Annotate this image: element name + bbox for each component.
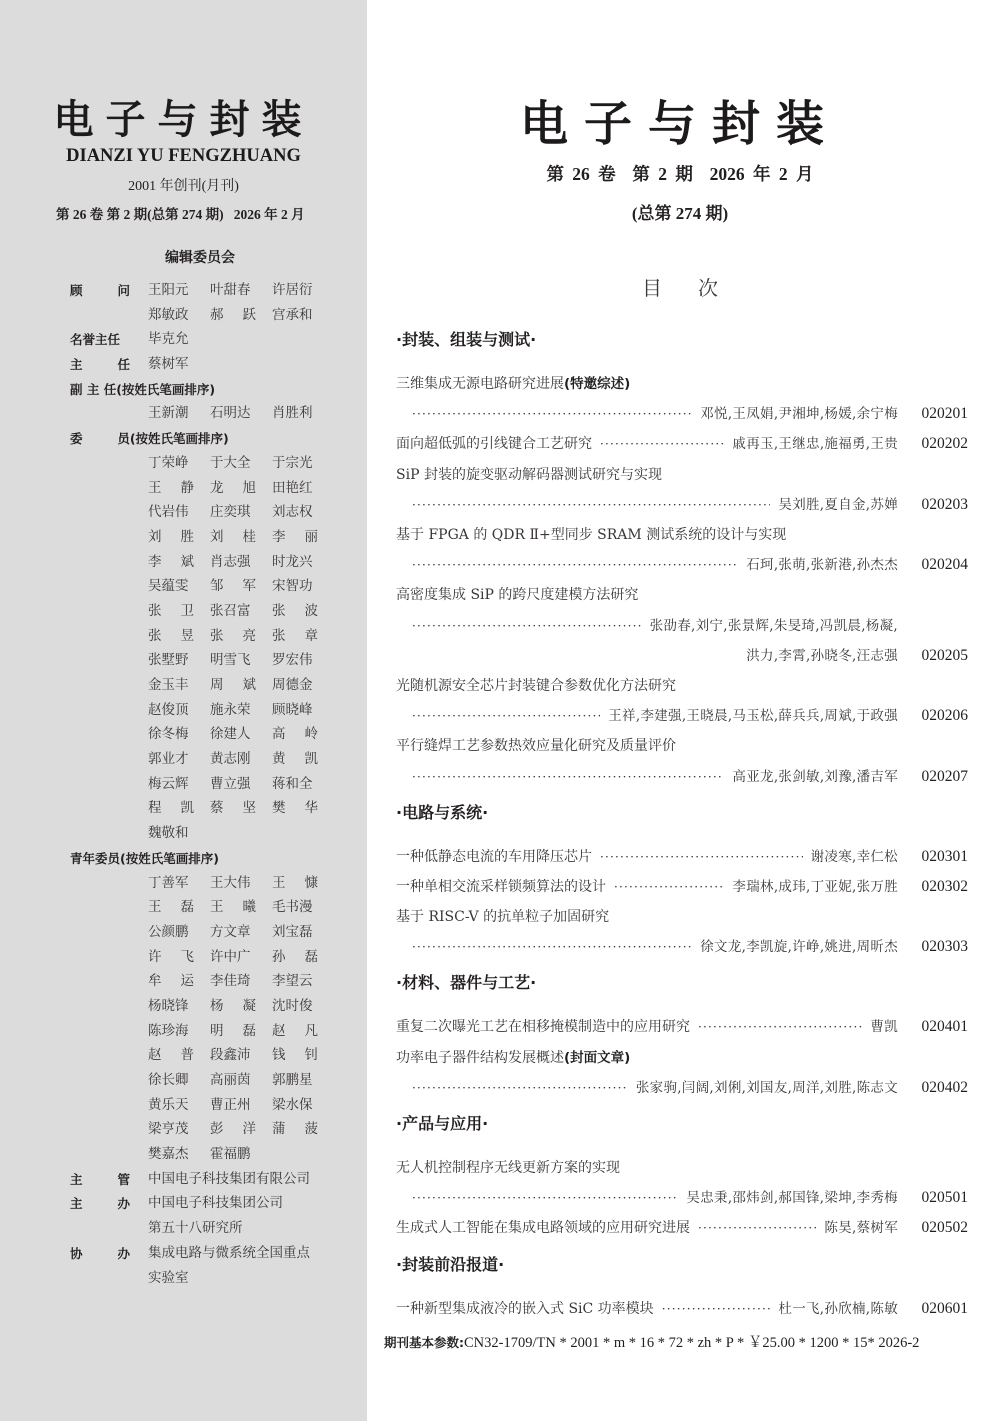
board-member-name: 李斌 [148,554,194,571]
board-member-name: 张亮 [210,628,256,645]
board-member-name: 许中广 [210,949,256,966]
board-member-name: 王静 [148,480,194,497]
board-row: 王磊王曦毛书漫 [70,899,360,924]
board-member-name: 张波 [272,603,318,620]
article-authors-line[interactable]: 王祥,李建强,王晓晨,马玉松,薛兵兵,周斌,于政强020206 [396,701,968,731]
role-char: 主 [70,1195,83,1212]
board-member-name: 段鑫沛 [210,1047,256,1064]
board-member-name: 蔡树军 [148,356,194,373]
article-entry[interactable]: 一种单相交流采样锁频算法的设计李瑞林,成玮,丁亚妮,张万胜020302 [396,872,968,902]
board-row: 王新潮石明达肖胜利 [70,405,360,430]
board-member-name: 于大全 [210,455,256,472]
section-spacer [396,1324,968,1330]
board-member-name: 曹立强 [210,776,256,793]
article-title[interactable]: 功率电子器件结构发展概述(封面文章) [396,1043,630,1073]
article-entry[interactable]: 一种低静态电流的车用降压芯片谢凌寒,幸仁松020301 [396,842,968,872]
board-member-name: 时龙兴 [272,554,318,571]
article-title-line[interactable]: SiP 封装的旋变驱动解码器测试研究与实现 [396,460,968,490]
article-title-line[interactable]: 光随机源安全芯片封装键合参数优化方法研究 [396,671,968,701]
board-names: 张昱张亮张章 [148,628,334,645]
article-page-code: 020201 [902,399,968,429]
article-title[interactable]: 平行缝焊工艺参数热效应量化研究及质量评价 [396,731,676,761]
article-authors-line[interactable]: 徐文龙,李凯旋,许峥,姚进,周昕杰020303 [396,932,968,962]
board-organization: 中国电子科技集团公司 [148,1195,283,1212]
board-member-name: 樊华 [272,800,318,817]
board-names: 陈珍海明磊赵凡 [148,1023,334,1040]
board-row: 程凯蔡坚樊华 [70,800,360,825]
board-names: 程凯蔡坚樊华 [148,800,334,817]
article-title[interactable]: 生成式人工智能在集成电路领域的应用研究进展 [396,1213,690,1243]
board-member-name: 施永荣 [210,702,256,719]
board-names: 赵俊顶施永荣顾晓峰 [148,702,334,719]
dot-leader [412,399,692,429]
board-member-name: 郝跃 [210,307,256,324]
article-page-code: 020303 [902,932,968,962]
board-member-name: 郭业才 [148,751,194,768]
board-row: 主管中国电子科技集团有限公司 [70,1171,360,1196]
article-authors-line[interactable]: 石珂,张萌,张新港,孙杰杰020204 [396,550,968,580]
board-names: 梁亨茂彭洋蒲菠 [148,1121,334,1138]
board-names: 张墅野明雪飞罗宏伟 [148,652,334,669]
board-organization: 中国电子科技集团有限公司 [148,1171,310,1188]
board-member-name: 樊嘉杰 [148,1146,194,1163]
article-title-line[interactable]: 三维集成无源电路研究进展(特邀综述) [396,369,968,399]
article-authors: 李瑞林,成玮,丁亚妮,张万胜 [732,872,898,902]
board-row: 主任蔡树军 [70,356,360,381]
section-heading: ·封装、组装与测试· [396,325,968,369]
board-member-name: 王大伟 [210,875,256,892]
article-title-line[interactable]: 基于 FPGA 的 QDR Ⅱ+型同步 SRAM 测试系统的设计与实现 [396,520,968,550]
board-member-name: 丁荣峥 [148,455,194,472]
board-member-name: 张昱 [148,628,194,645]
dot-leader [412,490,770,520]
board-row: 王静龙旭田艳红 [70,480,360,505]
board-row: 许飞许中广孙磊 [70,949,360,974]
board-row: 公颜鹏方文章刘宝磊 [70,924,360,949]
board-member-name: 肖胜利 [272,405,318,422]
board-names: 王磊王曦毛书漫 [148,899,334,916]
article-authors: 吴忠秉,邵炜剑,郝国锋,梁坤,李秀梅 [686,1183,898,1213]
article-title-line[interactable]: 基于 RISC-V 的抗单粒子加固研究 [396,902,968,932]
board-names: 李斌肖志强时龙兴 [148,554,334,571]
board-member-name: 赵俊顶 [148,702,194,719]
board-member-name: 罗宏伟 [272,652,318,669]
board-names: 徐长卿高丽茵郭鹏星 [148,1072,334,1089]
board-member-name: 宫承和 [272,307,318,324]
board-member-name: 邹军 [210,578,256,595]
board-names: 樊嘉杰霍福鹏 [148,1146,272,1163]
board-row: 协办集成电路与微系统全国重点 [70,1245,360,1270]
board-member-name: 梁水保 [272,1097,318,1114]
journal-title-left: 电子与封装 [0,88,367,145]
article-authors: 洪力,李霄,孙晓冬,汪志强 [746,641,898,671]
board-member-name: 王新潮 [148,405,194,422]
article-entry[interactable]: 重复二次曝光工艺在相移掩模制造中的应用研究曹凯020401 [396,1012,968,1042]
params-value: CN32-1709/TN * 2001 * m * 16 * 72 * zh *… [464,1335,919,1351]
board-names: 王阳元叶甜春许居衍 [148,282,334,299]
board-member-name: 梅云辉 [148,776,194,793]
board-member-name: 周德金 [272,677,318,694]
article-title[interactable]: 三维集成无源电路研究进展(特邀综述) [396,369,630,399]
article-authors: 吴刘胜,夏自金,苏婵 [778,490,898,520]
article-title[interactable]: 面向超低弧的引线键合工艺研究 [396,429,592,459]
article-authors: 戚再玉,王继忠,施福勇,王贵 [732,429,898,459]
board-names: 杨晓锋杨凝沈时俊 [148,998,334,1015]
article-entry[interactable]: 生成式人工智能在集成电路领域的应用研究进展陈昊,蔡树军020502 [396,1213,968,1243]
board-row: 梅云辉曹立强蒋和全 [70,776,360,801]
board-row: 丁善军王大伟王慷 [70,875,360,900]
board-member-name: 肖志强 [210,554,256,571]
board-row: 张昱张亮张章 [70,628,360,653]
role-char: 管 [117,1171,130,1188]
board-names: 毕克允 [148,331,210,348]
board-row: 副 主 任(按姓氏笔画排序) [70,381,360,406]
board-role-label: 名誉主任 [70,331,120,348]
board-member-name: 毛书漫 [272,899,318,916]
article-authors-line[interactable]: 吴刘胜,夏自金,苏婵020203 [396,490,968,520]
board-row: 樊嘉杰霍福鹏 [70,1146,360,1171]
board-row: 名誉主任毕克允 [70,331,360,356]
board-names: 王新潮石明达肖胜利 [148,405,334,422]
board-member-name: 梁亨茂 [148,1121,194,1138]
board-member-name: 程凯 [148,800,194,817]
board-role-label: 主办 [70,1195,130,1212]
issue-line-left: 第 26 卷 第 2 期(总第 274 期) 2026 年 2 月 [56,203,305,223]
role-char: 办 [117,1195,130,1212]
board-member-name: 龙旭 [210,480,256,497]
board-member-name: 赵普 [148,1047,194,1064]
founded-line: 2001 年创刊(月刊) [0,175,367,195]
board-member-name: 钱钊 [272,1047,318,1064]
article-title[interactable]: SiP 封装的旋变驱动解码器测试研究与实现 [396,460,662,490]
board-member-name: 毕克允 [148,331,194,348]
board-member-name: 代岩伟 [148,504,194,521]
board-member-name: 王阳元 [148,282,194,299]
board-role-label: 顾问 [70,282,130,299]
article-page-code: 020302 [902,872,968,902]
board-member-name: 方文章 [210,924,256,941]
article-authors: 张劭春,刘宁,张景辉,朱旻琦,冯凯晨,杨凝, [650,611,898,641]
board-member-name: 张墅野 [148,652,194,669]
board-member-name: 李佳琦 [210,973,256,990]
article-authors-continuation[interactable]: 洪力,李霄,孙晓冬,汪志强020205 [396,641,968,671]
total-issue: (总第 274 期) [380,199,980,224]
table-of-contents: ·封装、组装与测试·三维集成无源电路研究进展(特邀综述)邓悦,王凤娟,尹湘坤,杨… [396,325,968,1330]
article-authors: 谢凌寒,幸仁松 [811,842,898,872]
dot-leader [600,842,803,872]
toc-title: 目次 [380,272,980,301]
board-row: 代岩伟庄奕琪刘志权 [70,504,360,529]
board-names: 许飞许中广孙磊 [148,949,334,966]
board-row: 牟运李佳琦李望云 [70,973,360,998]
board-names: 丁荣峥于大全于宗光 [148,455,334,472]
editorial-board: 顾问王阳元叶甜春许居衍郑敏政郝跃宫承和名誉主任毕克允主任蔡树军副 主 任(按姓氏… [70,282,360,1294]
board-member-name: 陈珍海 [148,1023,194,1040]
board-member-name: 杨晓锋 [148,998,194,1015]
board-organization: 实验室 [148,1270,189,1287]
article-title[interactable]: 光随机源安全芯片封装键合参数优化方法研究 [396,671,676,701]
board-member-name: 叶甜春 [210,282,256,299]
journal-title: 电子与封装 [380,85,980,154]
board-role-label: 协办 [70,1245,130,1262]
role-char: 协 [70,1245,83,1262]
board-names: 徐冬梅徐建人高岭 [148,726,334,743]
board-member-name: 徐冬梅 [148,726,194,743]
board-member-name: 黄乐天 [148,1097,194,1114]
article-authors: 王祥,李建强,王晓晨,马玉松,薛兵兵,周斌,于政强 [608,701,898,731]
board-row: 顾问王阳元叶甜春许居衍 [70,282,360,307]
board-member-name: 魏敬和 [148,825,194,842]
role-char: 办 [117,1245,130,1262]
board-row: 张卫张召富张波 [70,603,360,628]
board-member-name: 许飞 [148,949,194,966]
article-authors: 邓悦,王凤娟,尹湘坤,杨媛,余宁梅 [700,399,898,429]
article-title[interactable]: 基于 RISC-V 的抗单粒子加固研究 [396,902,609,932]
article-page-code: 020207 [902,762,968,792]
board-row: 吴蕴雯邹军宋智功 [70,578,360,603]
board-member-name: 蒲菠 [272,1121,318,1138]
board-member-name: 石明达 [210,405,256,422]
board-member-name: 黄凯 [272,751,318,768]
article-title[interactable]: 高密度集成 SiP 的跨尺度建模方法研究 [396,580,638,610]
dot-leader [412,1183,678,1213]
masthead-panel: 电子与封装 DIANZI YU FENGZHUANG 2001 年创刊(月刊) … [0,0,367,1421]
board-row: 丁荣峥于大全于宗光 [70,455,360,480]
article-title[interactable]: 重复二次曝光工艺在相移掩模制造中的应用研究 [396,1012,690,1042]
article-title-line[interactable]: 无人机控制程序无线更新方案的实现 [396,1153,968,1183]
board-row: 黄乐天曹正州梁水保 [70,1097,360,1122]
article-title-line[interactable]: 功率电子器件结构发展概述(封面文章) [396,1043,968,1073]
article-authors-line[interactable]: 高亚龙,张剑敏,刘豫,潘吉军020207 [396,761,968,791]
board-member-name: 许居衍 [272,282,318,299]
role-char: 问 [117,282,130,299]
issue-line: 第 26 卷 第 2 期 2026 年 2 月 [380,161,980,186]
board-row: 郭业才黄志刚黄凯 [70,751,360,776]
board-names: 赵普段鑫沛钱钊 [148,1047,334,1064]
article-authors: 杜一飞,孙欣楠,陈敏 [778,1294,898,1324]
board-row: 赵俊顶施永荣顾晓峰 [70,702,360,727]
board-row: 郑敏政郝跃宫承和 [70,307,360,332]
board-organization: 集成电路与微系统全国重点 [148,1245,310,1262]
board-row: 李斌肖志强时龙兴 [70,554,360,579]
article-title[interactable]: 一种低静态电流的车用降压芯片 [396,842,592,872]
article-authors-line[interactable]: 吴忠秉,邵炜剑,郝国锋,梁坤,李秀梅020501 [396,1183,968,1213]
dot-leader [614,872,724,902]
board-member-name: 公颜鹏 [148,924,194,941]
board-member-name: 黄志刚 [210,751,256,768]
article-entry[interactable]: 面向超低弧的引线键合工艺研究戚再玉,王继忠,施福勇,王贵020202 [396,429,968,459]
board-names: 金玉丰周斌周德金 [148,677,334,694]
board-member-name: 丁善军 [148,875,194,892]
board-names: 公颜鹏方文章刘宝磊 [148,924,334,941]
board-member-name: 曹正州 [210,1097,256,1114]
dot-leader [600,429,724,459]
board-member-name: 高丽茵 [210,1072,256,1089]
article-authors-line[interactable]: 张劭春,刘宁,张景辉,朱旻琦,冯凯晨,杨凝, [396,611,968,641]
board-member-name: 蒋和全 [272,776,318,793]
board-row: 徐冬梅徐建人高岭 [70,726,360,751]
section-heading: ·产品与应用· [396,1109,968,1153]
board-row: 金玉丰周斌周德金 [70,677,360,702]
article-page-code: 020502 [902,1213,968,1243]
board-member-name: 顾晓峰 [272,702,318,719]
board-names: 梅云辉曹立强蒋和全 [148,776,334,793]
board-member-name: 郑敏政 [148,307,194,324]
board-member-name: 刘胜 [148,529,194,546]
article-page-code: 020401 [902,1012,968,1042]
board-role-label: 副 主 任(按姓氏笔画排序) [70,381,215,398]
article-title[interactable]: 一种单相交流采样锁频算法的设计 [396,872,606,902]
section-heading: ·电路与系统· [396,798,968,842]
board-row: 实验室 [70,1270,360,1295]
board-organization: 第五十八研究所 [148,1220,243,1237]
board-names: 刘胜刘桂李丽 [148,529,334,546]
role-char: 任 [117,356,130,373]
board-member-name: 刘桂 [210,529,256,546]
board-member-name: 王慷 [272,875,318,892]
board-names: 黄乐天曹正州梁水保 [148,1097,334,1114]
board-member-name: 金玉丰 [148,677,194,694]
board-member-name: 牟运 [148,973,194,990]
dot-leader [412,611,642,641]
role-char: 主 [70,356,83,373]
board-member-name: 刘宝磊 [272,924,318,941]
article-page-code: 020206 [902,701,968,731]
dot-leader [412,701,600,731]
board-row: 赵普段鑫沛钱钊 [70,1047,360,1072]
article-title[interactable]: 无人机控制程序无线更新方案的实现 [396,1153,620,1183]
board-row: 青年委员(按姓氏笔画排序) [70,850,360,875]
board-member-name: 郭鹏星 [272,1072,318,1089]
dot-leader [698,1012,862,1042]
article-page-code: 020203 [902,490,968,520]
article-authors-line[interactable]: 邓悦,王凤娟,尹湘坤,杨媛,余宁梅020201 [396,399,968,429]
board-member-name: 徐长卿 [148,1072,194,1089]
journal-pinyin: DIANZI YU FENGZHUANG [0,146,367,167]
board-names: 魏敬和 [148,825,210,842]
board-member-name: 明磊 [210,1023,256,1040]
board-row: 梁亨茂彭洋蒲菠 [70,1121,360,1146]
article-authors: 陈昊,蔡树军 [824,1213,898,1243]
article-title[interactable]: 基于 FPGA 的 QDR Ⅱ+型同步 SRAM 测试系统的设计与实现 [396,520,786,550]
board-member-name: 庄奕琪 [210,504,256,521]
board-member-name: 张章 [272,628,318,645]
board-member-name: 于宗光 [272,455,318,472]
section-heading: ·封装前沿报道· [396,1250,968,1294]
board-names: 郑敏政郝跃宫承和 [148,307,334,324]
article-tag: (特邀综述) [564,376,630,392]
board-member-name: 杨凝 [210,998,256,1015]
article-authors: 高亚龙,张剑敏,刘豫,潘吉军 [732,762,898,792]
board-member-name: 霍福鹏 [210,1146,256,1163]
article-page-code: 020601 [902,1294,968,1324]
board-member-name: 田艳红 [272,480,318,497]
board-row: 杨晓锋杨凝沈时俊 [70,998,360,1023]
board-names: 王静龙旭田艳红 [148,480,334,497]
board-member-name: 周斌 [210,677,256,694]
board-member-name: 彭洋 [210,1121,256,1138]
board-member-name: 宋智功 [272,578,318,595]
article-authors: 石珂,张萌,张新港,孙杰杰 [746,550,898,580]
board-member-name: 李望云 [272,973,318,990]
board-role-label: 主任 [70,356,130,373]
dot-leader [698,1213,816,1243]
board-row: 魏敬和 [70,825,360,850]
board-names: 郭业才黄志刚黄凯 [148,751,334,768]
board-row: 主办中国电子科技集团公司 [70,1195,360,1220]
board-member-name: 孙磊 [272,949,318,966]
board-row: 徐长卿高丽茵郭鹏星 [70,1072,360,1097]
board-member-name: 吴蕴雯 [148,578,194,595]
editorial-board-title: 编辑委员会 [0,247,400,267]
article-title-line[interactable]: 平行缝焊工艺参数热效应量化研究及质量评价 [396,731,968,761]
board-names: 丁善军王大伟王慷 [148,875,334,892]
article-page-code: 020402 [902,1073,968,1103]
board-row: 刘胜刘桂李丽 [70,529,360,554]
dot-leader [412,1073,628,1103]
board-member-name: 高岭 [272,726,318,743]
board-member-name: 张召富 [210,603,256,620]
board-names: 吴蕴雯邹军宋智功 [148,578,334,595]
board-row: 委 员(按姓氏笔画排序) [70,430,360,455]
article-authors: 张家驹,闫阔,刘俐,刘国友,周洋,刘胜,陈志文 [636,1073,898,1103]
article-page-code: 020205 [902,641,968,671]
board-member-name: 沈时俊 [272,998,318,1015]
article-page-code: 020501 [902,1183,968,1213]
board-names: 牟运李佳琦李望云 [148,973,334,990]
article-title[interactable]: 一种新型集成液冷的嵌入式 SiC 功率模块 [396,1294,654,1324]
article-authors: 徐文龙,李凯旋,许峥,姚进,周昕杰 [700,932,898,962]
section-heading: ·材料、器件与工艺· [396,968,968,1012]
board-member-name: 刘志权 [272,504,318,521]
board-row: 陈珍海明磊赵凡 [70,1023,360,1048]
board-names: 代岩伟庄奕琪刘志权 [148,504,334,521]
dot-leader [412,550,738,580]
article-title-line[interactable]: 高密度集成 SiP 的跨尺度建模方法研究 [396,580,968,610]
board-member-name: 李丽 [272,529,318,546]
article-authors-line[interactable]: 张家驹,闫阔,刘俐,刘国友,周洋,刘胜,陈志文020402 [396,1073,968,1103]
role-char: 名誉主任 [70,332,120,347]
dot-leader [412,932,692,962]
board-member-name: 徐建人 [210,726,256,743]
board-row: 第五十八研究所 [70,1220,360,1245]
board-role-label: 主管 [70,1171,130,1188]
journal-parameters: 期刊基本参数:CN32-1709/TN * 2001 * m * 16 * 72… [384,1331,919,1352]
dot-leader [412,762,724,792]
board-member-name: 王曦 [210,899,256,916]
role-char: 主 [70,1171,83,1188]
article-page-code: 020204 [902,550,968,580]
board-member-name: 张卫 [148,603,194,620]
article-entry[interactable]: 一种新型集成液冷的嵌入式 SiC 功率模块杜一飞,孙欣楠,陈敏020601 [396,1294,968,1324]
dot-leader [662,1294,771,1324]
board-names: 张卫张召富张波 [148,603,334,620]
params-label: 期刊基本参数: [384,1335,464,1350]
article-tag: (封面文章) [564,1050,630,1066]
board-member-name: 蔡坚 [210,800,256,817]
article-page-code: 020202 [902,429,968,459]
board-names: 蔡树军 [148,356,210,373]
article-authors: 曹凯 [870,1012,898,1042]
board-member-name: 赵凡 [272,1023,318,1040]
board-role-label: 委 员(按姓氏笔画排序) [70,430,229,447]
role-char: 顾 [70,282,83,299]
board-member-name: 王磊 [148,899,194,916]
article-page-code: 020301 [902,842,968,872]
board-row: 张墅野明雪飞罗宏伟 [70,652,360,677]
board-role-label: 青年委员(按姓氏笔画排序) [70,850,219,867]
board-member-name: 明雪飞 [210,652,256,669]
